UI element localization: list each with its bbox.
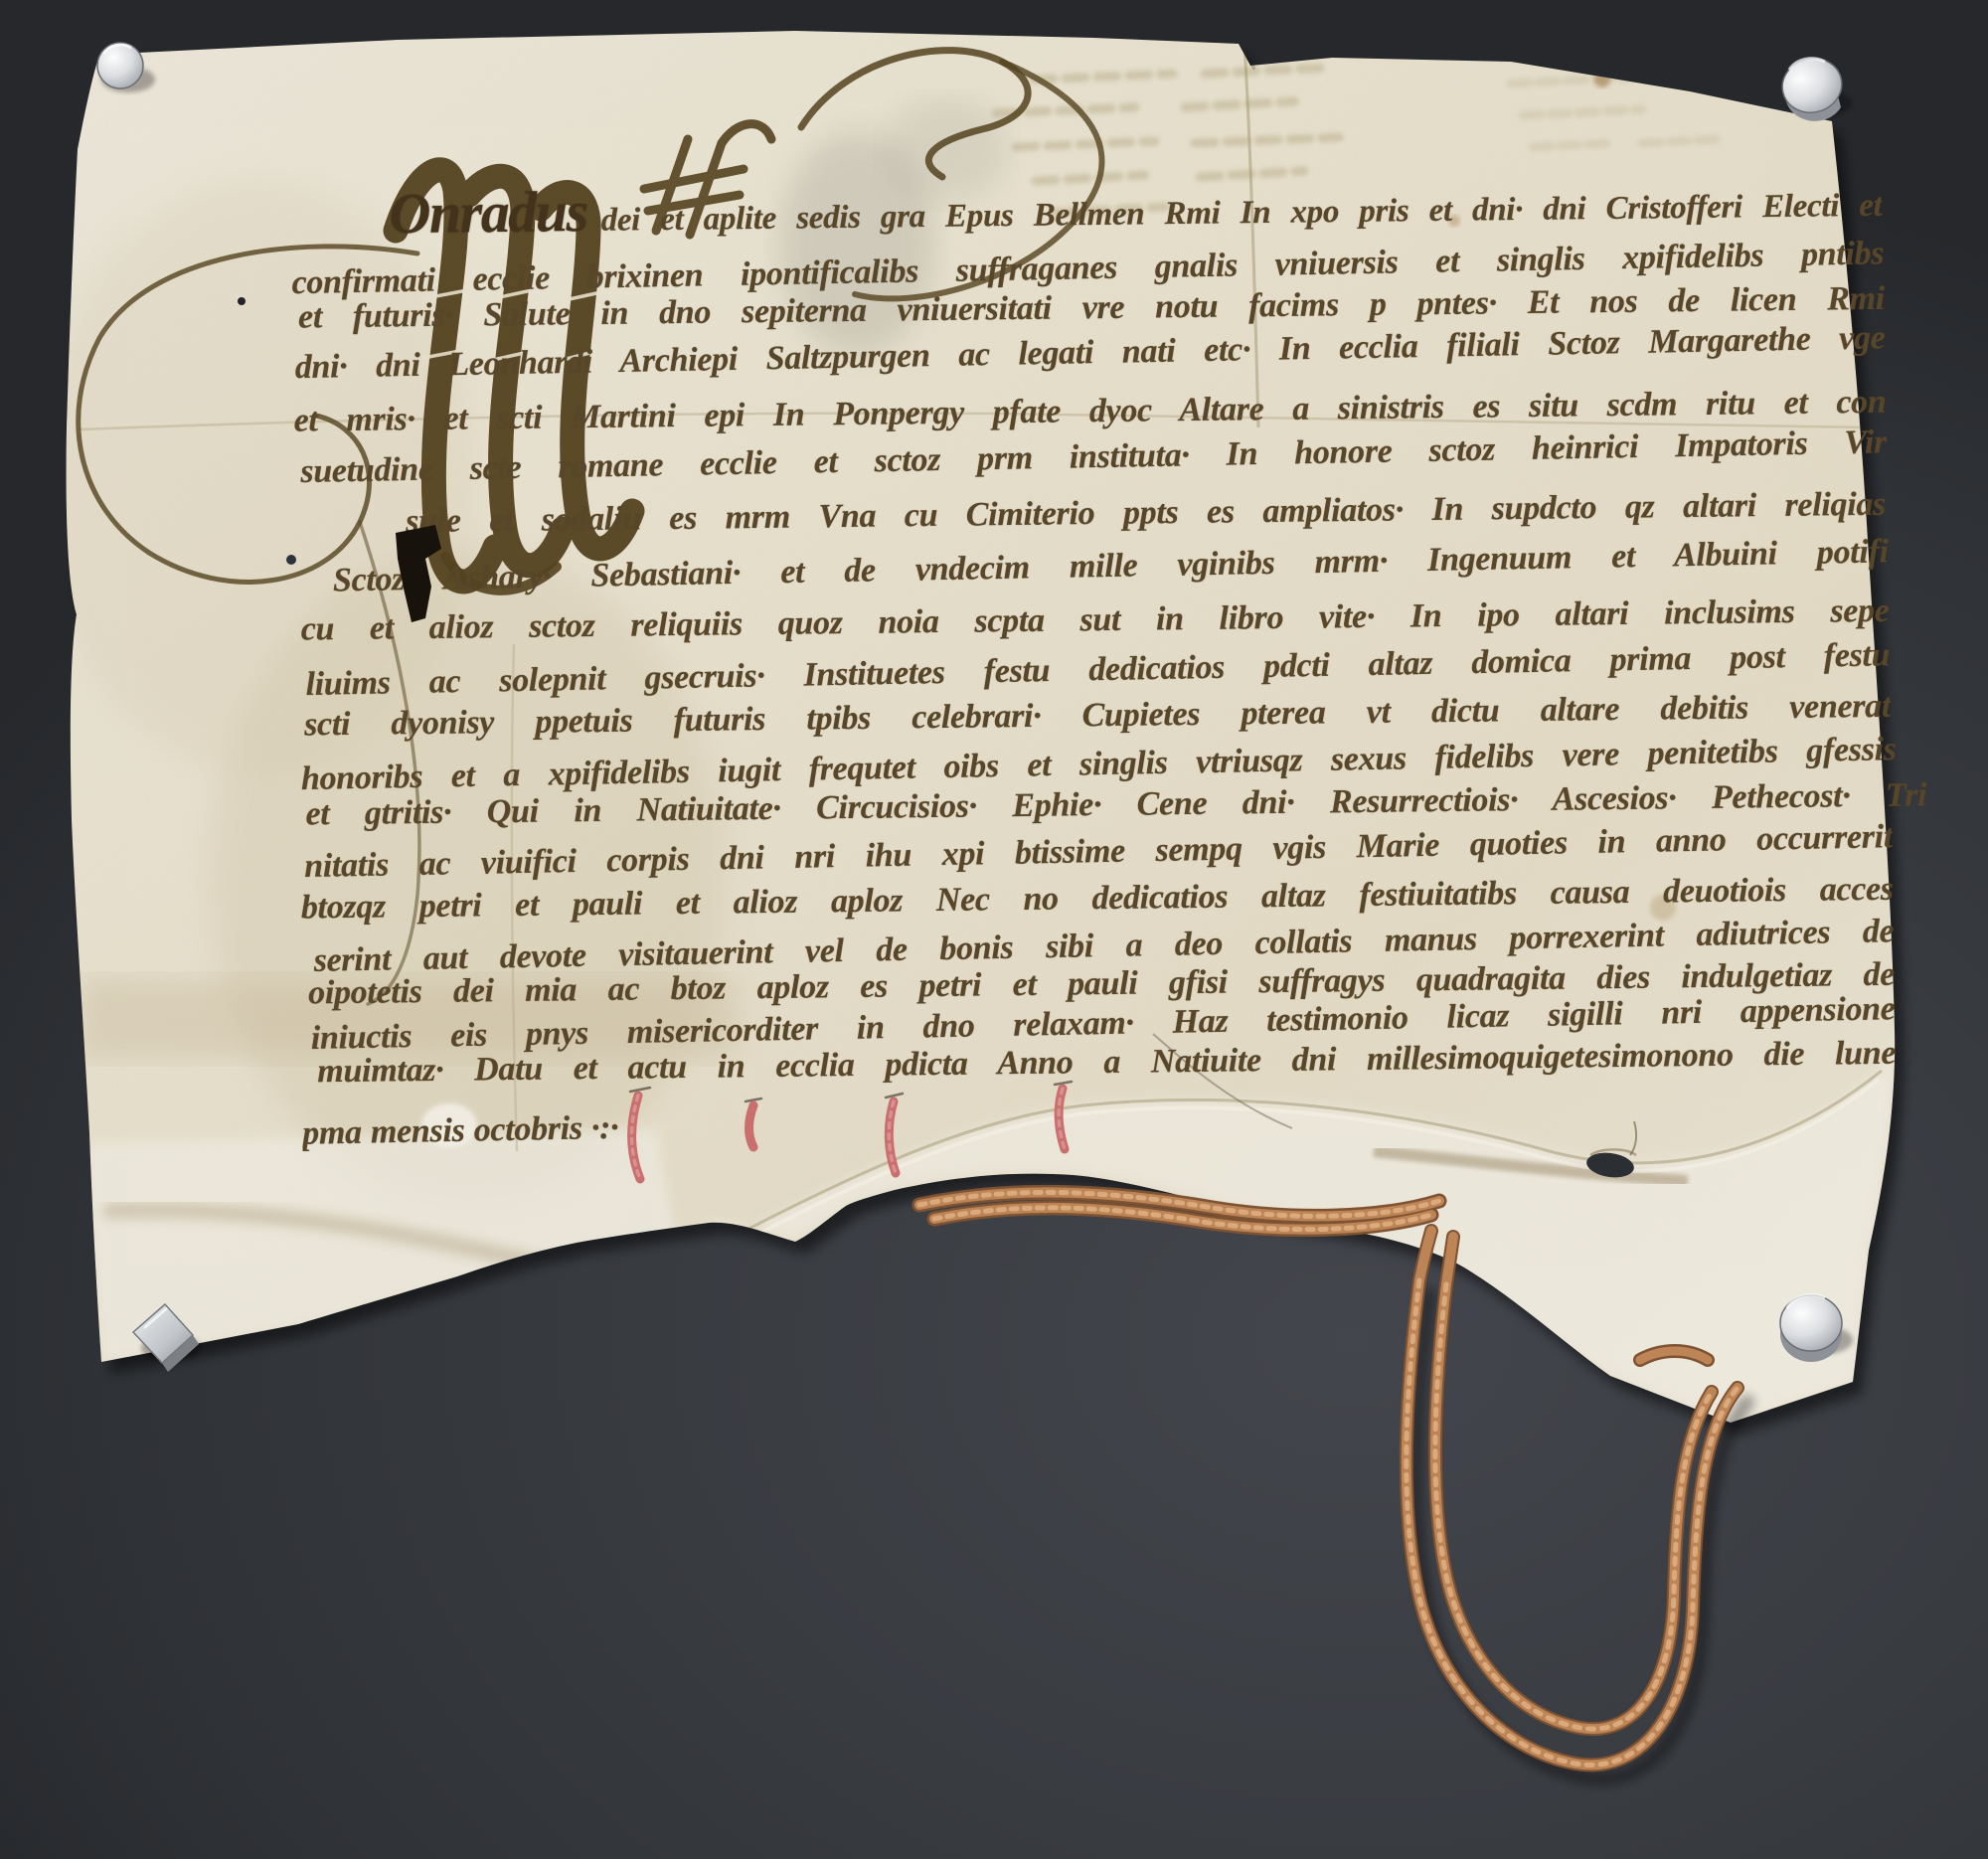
charter-photograph: Onradusdei et aplite sedis gra Epus Bell… <box>0 0 1988 1859</box>
text-line: Onradusdei et aplite sedis gra Epus Bell… <box>389 174 1883 244</box>
charter-text: Onradusdei et aplite sedis gra Epus Bell… <box>0 0 1988 1859</box>
opening-word: Onradus <box>389 179 587 243</box>
line-text: dei et aplite sedis gra Epus Bellmen Rmi… <box>600 188 1882 239</box>
text-line-dateline: pma mensis octobris ·:· <box>302 1095 1198 1163</box>
